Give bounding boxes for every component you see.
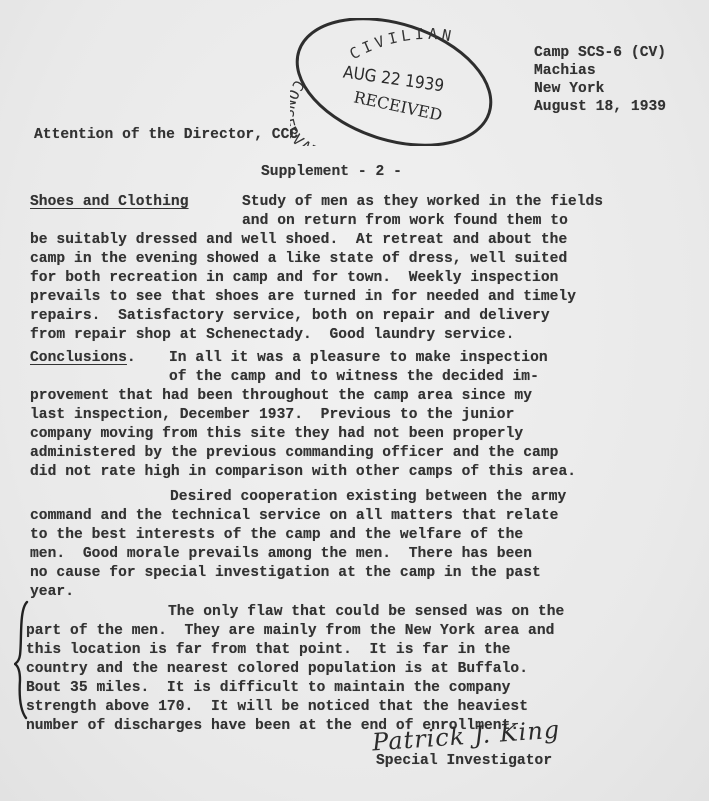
section-heading: Conclusions.: [30, 349, 136, 368]
body-line: command and the technical service on all…: [30, 507, 558, 526]
signature-title: Special Investigator: [376, 752, 552, 771]
body-line: Bout 35 miles. It is difficult to mainta…: [26, 679, 510, 698]
attention-line: Attention of the Director, CCC: [34, 126, 298, 145]
body-line: country and the nearest colored populati…: [26, 660, 528, 679]
stamp-oval-icon: CIVILIAN CONSERVATION CORPS AUG 22 1939 …: [290, 18, 498, 146]
body-line: Study of men as they worked in the field…: [242, 193, 603, 212]
body-line: prevails to see that shoes are turned in…: [30, 288, 576, 307]
body-line: men. Good morale prevails among the men.…: [30, 545, 532, 564]
body-line: to the best interests of the camp and th…: [30, 526, 523, 545]
body-line: this location is far from that point. It…: [26, 641, 510, 660]
section-heading: Shoes and Clothing: [30, 193, 189, 212]
address-line: August 18, 1939: [534, 98, 666, 117]
body-line: and on return from work found them to: [242, 212, 568, 231]
section-heading-text: Conclusions: [30, 350, 127, 366]
body-line: administered by the previous commanding …: [30, 444, 558, 463]
document-page: CIVILIAN CONSERVATION CORPS AUG 22 1939 …: [0, 0, 709, 801]
address-line: Machias: [534, 62, 596, 81]
body-line: no cause for special investigation at th…: [30, 564, 541, 583]
svg-text:CIVILIAN: CIVILIAN: [347, 25, 457, 64]
received-stamp: CIVILIAN CONSERVATION CORPS AUG 22 1939 …: [290, 18, 498, 146]
body-line: strength above 170. It will be noticed t…: [26, 698, 528, 717]
section-heading-suffix: .: [127, 350, 136, 366]
body-line: last inspection, December 1937. Previous…: [30, 406, 514, 425]
body-line: for both recreation in camp and for town…: [30, 269, 558, 288]
body-line: repairs. Satisfactory service, both on r…: [30, 307, 550, 326]
body-line: from repair shop at Schenectady. Good la…: [30, 326, 514, 345]
body-line: The only flaw that could be sensed was o…: [168, 603, 564, 622]
body-line: be suitably dressed and well shoed. At r…: [30, 231, 567, 250]
supplement-heading: Supplement - 2 -: [261, 163, 402, 182]
body-line: provement that had been throughout the c…: [30, 387, 532, 406]
body-line: company moving from this site they had n…: [30, 425, 523, 444]
body-line: year.: [30, 583, 74, 602]
body-line: Desired cooperation existing between the…: [170, 488, 566, 507]
body-line: camp in the evening showed a like state …: [30, 250, 567, 269]
body-line: part of the men. They are mainly from th…: [26, 622, 554, 641]
body-line: In all it was a pleasure to make inspect…: [169, 349, 548, 368]
body-line: of the camp and to witness the decided i…: [169, 368, 539, 387]
address-line: Camp SCS-6 (CV): [534, 44, 666, 63]
address-line: New York: [534, 80, 604, 99]
body-line: did not rate high in comparison with oth…: [30, 463, 576, 482]
